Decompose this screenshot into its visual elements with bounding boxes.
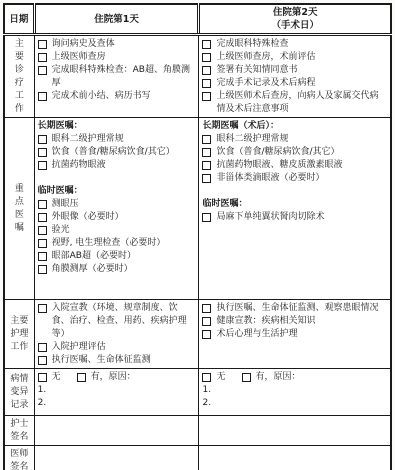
- line-text: 入院护理评估: [52, 341, 106, 354]
- line-text: 长期医嘱（术后）：: [202, 120, 279, 133]
- checkbox-icon[interactable]: [202, 161, 211, 170]
- line-text: 有，原因：: [91, 371, 136, 384]
- nursing-day2-cell: 执行医嘱、生命体征监测、观察患眼情况健康宣教：疾病相关知识术后心理与生活护理: [199, 300, 391, 369]
- checklist-item: 局麻下单纯翼状胬肉切除术: [202, 211, 387, 224]
- checkbox-icon[interactable]: [202, 304, 211, 313]
- line-text: 无: [216, 371, 225, 384]
- checklist-item: 执行医嘱、生命体征监测、观察患眼情况: [202, 302, 387, 315]
- checklist-item: 饮食（普食/糖尿病饮食/其它）: [202, 146, 387, 159]
- checklist-item: 外眼像（必要时）: [38, 211, 196, 224]
- table-header-row: 日期 住院第1天 住院第2天 （手术日）: [4, 4, 391, 35]
- checklist-item: 完成眼科特殊检查：AB超、角膜测厚: [38, 64, 196, 90]
- line-text: 完成术前小结、病历书写: [52, 90, 151, 103]
- line-text: 2.: [38, 397, 47, 410]
- checkbox-icon[interactable]: [202, 330, 211, 339]
- line-text: 健康宣教：疾病相关知识: [216, 315, 315, 328]
- checklist-item: 询问病史及查体: [38, 38, 196, 51]
- checkbox-icon[interactable]: [38, 373, 47, 382]
- checkbox-icon[interactable]: [202, 79, 211, 88]
- label-line: 主要: [5, 315, 34, 328]
- checkbox-icon[interactable]: [38, 53, 47, 62]
- variation-row-label: 病情变异记录: [5, 373, 34, 412]
- checkbox-icon[interactable]: [242, 373, 251, 382]
- checklist-item: 视野, 电生理检查（必要时）: [38, 237, 196, 250]
- line-text: 执行医嘱、生命体征监测: [52, 354, 151, 367]
- nurse-signature-day2-cell[interactable]: [199, 416, 391, 446]
- line-text: 1.: [202, 384, 211, 397]
- checklist-item: 验光: [38, 224, 196, 237]
- line-text: 眼部AB超（必要时）: [52, 250, 136, 263]
- line-text: 视野, 电生理检查（必要时）: [52, 237, 166, 250]
- checkbox-icon[interactable]: [202, 66, 211, 75]
- line-text: 验光: [52, 224, 70, 237]
- line-text: 完成眼科特殊检查: [216, 38, 288, 51]
- line-text: 术后心理与生活护理: [216, 328, 297, 341]
- date-header-label: 日期: [9, 14, 28, 25]
- checklist-item: 签署有关知情同意书: [202, 64, 387, 77]
- line-text: 眼科二级护理常规: [216, 133, 288, 146]
- label-line: 护理: [5, 328, 34, 341]
- checkbox-icon[interactable]: [202, 40, 211, 49]
- checklist-item: 完成手术记录及术后病程: [202, 77, 387, 90]
- line-text: 临时医嘱：: [38, 185, 83, 198]
- nurse-signature-row: 护士签名: [4, 416, 391, 446]
- diagnosis-row-label: 主要诊疗工作: [5, 38, 34, 116]
- checkbox-icon[interactable]: [38, 356, 47, 365]
- line-text: 无: [52, 371, 61, 384]
- line-text: 有，原因：: [256, 371, 301, 384]
- checklist-choice-line: 无有，原因：: [202, 371, 387, 384]
- line-text: 饮食（普食/糖尿病饮食/其它）: [52, 146, 175, 159]
- line-text: 眼科二级护理常规: [52, 133, 124, 146]
- line-text: 上级医师查房，术前评估: [216, 51, 315, 64]
- orders-section-header: 临时医嘱：: [202, 198, 387, 211]
- checklist-item: 上级医师查房: [38, 51, 196, 64]
- line-text: 抗菌药物眼液: [52, 159, 106, 172]
- text-line: 1.: [202, 384, 387, 397]
- label-line: 嘱: [5, 222, 34, 235]
- line-text: 询问病史及查体: [52, 38, 115, 51]
- nurse-signature-label-cell: 护士签名: [4, 416, 34, 446]
- checkbox-icon[interactable]: [38, 92, 47, 101]
- checkbox-icon[interactable]: [38, 66, 47, 75]
- nurse-signature-day1-cell[interactable]: [34, 416, 199, 446]
- clinical-pathway-sheet: 日期 住院第1天 住院第2天 （手术日） 主要诊疗工作 询问病史及查体上级医师查…: [0, 0, 395, 470]
- label-line: 点: [5, 196, 34, 209]
- line-text: 签署有关知情同意书: [216, 64, 297, 77]
- line-text: 执行医嘱、生命体征监测、观察患眼情况: [216, 302, 378, 315]
- line-text: 1.: [38, 384, 47, 397]
- checkbox-icon[interactable]: [38, 161, 47, 170]
- clinical-pathway-table: 日期 住院第1天 住院第2天 （手术日） 主要诊疗工作 询问病史及查体上级医师查…: [3, 3, 392, 470]
- checklist-choice-line: 无有，原因：: [38, 371, 196, 384]
- variation-day2-cell: 无有，原因：1.2.: [199, 369, 391, 416]
- nursing-row: 主要护理工作 入院宣教（环境、规章制度、饮食、治疗、检查、用药、疾病护理等）入院…: [4, 300, 391, 369]
- line-text: 入院宣教（环境、规章制度、饮食、治疗、检查、用药、疾病护理等）: [52, 302, 196, 341]
- variation-row-label-cell: 病情变异记录: [4, 369, 34, 416]
- variation-day1-cell: 无有，原因：1.2.: [34, 369, 199, 416]
- label-line: 要: [5, 51, 34, 64]
- checkbox-icon[interactable]: [202, 317, 211, 326]
- orders-section-header: 临时医嘱：: [38, 185, 196, 198]
- checkbox-icon[interactable]: [202, 213, 211, 222]
- nursing-row-label: 主要护理工作: [5, 315, 34, 354]
- diagnosis-row-label-cell: 主要诊疗工作: [4, 35, 34, 118]
- orders-row-label-cell: 重点医嘱: [4, 118, 34, 300]
- line-text: 2.: [202, 397, 211, 410]
- orders-day2-cell: 长期医嘱（术后）：眼科二级护理常规饮食（普食/糖尿病饮食/其它）抗菌药物眼液、糖…: [199, 118, 391, 300]
- checklist-item: 术后心理与生活护理: [202, 328, 387, 341]
- checklist-item: 健康宣教：疾病相关知识: [202, 315, 387, 328]
- day2-header-label-line2: （手术日）: [202, 19, 388, 32]
- checklist-item: 完成眼科特殊检查: [202, 38, 387, 51]
- checklist-item: 入院宣教（环境、规章制度、饮食、治疗、检查、用药、疾病护理等）: [38, 302, 196, 341]
- label-line: 医师: [5, 448, 34, 461]
- checklist-item: 角膜测厚（必要时）: [38, 263, 196, 276]
- label-line: 工: [5, 90, 34, 103]
- checkbox-icon[interactable]: [38, 200, 47, 209]
- text-line: 2.: [202, 397, 387, 410]
- label-line: 记录: [5, 399, 34, 412]
- checklist-item: 眼部AB超（必要时）: [38, 250, 196, 263]
- checkbox-icon[interactable]: [38, 226, 47, 235]
- checklist-item: 非甾体类滴眼液（必要时）: [202, 172, 387, 185]
- line-text: 饮食（普食/糖尿病饮食/其它）: [216, 146, 339, 159]
- checkbox-icon[interactable]: [38, 304, 47, 313]
- orders-section-header: 长期医嘱：: [38, 120, 196, 133]
- line-text: 测眼压: [52, 198, 79, 211]
- orders-row-label: 重点医嘱: [5, 183, 34, 235]
- label-line: 医: [5, 209, 34, 222]
- line-text: 非甾体类滴眼液（必要时）: [216, 172, 324, 185]
- checklist-item: 饮食（普食/糖尿病饮食/其它）: [38, 146, 196, 159]
- date-header-cell: 日期: [4, 4, 34, 35]
- line-text: 上级医师术后查房，向病人及家属交代病情及术后注意事项: [216, 90, 387, 116]
- variation-row: 病情变异记录 无有，原因：1.2. 无有，原因：1.2.: [4, 369, 391, 416]
- nursing-day1-cell: 入院宣教（环境、规章制度、饮食、治疗、检查、用药、疾病护理等）入院护理评估执行医…: [34, 300, 199, 369]
- checkbox-icon[interactable]: [202, 53, 211, 62]
- checklist-item: 完成术前小结、病历书写: [38, 90, 196, 103]
- nurse-signature-label: 护士签名: [5, 418, 34, 444]
- checkbox-icon[interactable]: [202, 148, 211, 157]
- checkbox-icon[interactable]: [38, 213, 47, 222]
- checklist-item: 眼科二级护理常规: [38, 133, 196, 146]
- label-line: 签名: [5, 431, 34, 444]
- checkbox-icon[interactable]: [38, 265, 47, 274]
- line-text: 角膜测厚（必要时）: [52, 263, 133, 276]
- label-line: 诊: [5, 64, 34, 77]
- label-line: 工作: [5, 341, 34, 354]
- day1-header-label: 住院第1天: [94, 14, 139, 25]
- text-line: 2.: [38, 397, 196, 410]
- doctor-signature-label: 医师签名: [5, 448, 34, 470]
- diagnosis-day2-cell: 完成眼科特殊检查上级医师查房，术前评估签署有关知情同意书完成手术记录及术后病程上…: [199, 35, 391, 118]
- orders-section-header: 长期医嘱（术后）：: [202, 120, 387, 133]
- checkbox-icon[interactable]: [38, 239, 47, 248]
- checkbox-icon[interactable]: [38, 40, 47, 49]
- label-line: 签名: [5, 461, 34, 470]
- checklist-item: 抗菌药物眼液、糖皮质激素眼液: [202, 159, 387, 172]
- label-line: 护士: [5, 418, 34, 431]
- line-text: 完成手术记录及术后病程: [216, 77, 315, 90]
- line-text: 临时医嘱：: [202, 198, 247, 211]
- checklist-item: 眼科二级护理常规: [202, 133, 387, 146]
- label-line: 作: [5, 103, 34, 116]
- doctor-signature-day2-cell[interactable]: [199, 446, 391, 470]
- label-line: 主: [5, 38, 34, 51]
- line-text: 长期医嘱：: [38, 120, 83, 133]
- label-line: 病情: [5, 373, 34, 386]
- checkbox-icon[interactable]: [77, 373, 86, 382]
- orders-row: 重点医嘱 长期医嘱：眼科二级护理常规饮食（普食/糖尿病饮食/其它）抗菌药物眼液临…: [4, 118, 391, 300]
- day2-header-label-line1: 住院第2天: [202, 6, 388, 19]
- line-text: 完成眼科特殊检查：AB超、角膜测厚: [52, 64, 196, 90]
- label-line: 变异: [5, 386, 34, 399]
- label-line: 疗: [5, 77, 34, 90]
- checkbox-icon[interactable]: [202, 174, 211, 183]
- text-line: 1.: [38, 384, 196, 397]
- day1-header-cell: 住院第1天: [34, 4, 199, 35]
- checkbox-icon[interactable]: [38, 135, 47, 144]
- blank-line: [202, 185, 387, 198]
- blank-line: [38, 172, 196, 185]
- diagnosis-row: 主要诊疗工作 询问病史及查体上级医师查房完成眼科特殊检查：AB超、角膜测厚完成术…: [4, 35, 391, 118]
- checkbox-icon[interactable]: [202, 373, 211, 382]
- diagnosis-day1-cell: 询问病史及查体上级医师查房完成眼科特殊检查：AB超、角膜测厚完成术前小结、病历书…: [34, 35, 199, 118]
- line-text: 局麻下单纯翼状胬肉切除术: [216, 211, 324, 224]
- nursing-row-label-cell: 主要护理工作: [4, 300, 34, 369]
- checklist-item: 测眼压: [38, 198, 196, 211]
- checklist-item: 执行医嘱、生命体征监测: [38, 354, 196, 367]
- line-text: 抗菌药物眼液、糖皮质激素眼液: [216, 159, 342, 172]
- checkbox-icon[interactable]: [38, 148, 47, 157]
- checklist-item: 上级医师查房，术前评估: [202, 51, 387, 64]
- checklist-item: 抗菌药物眼液: [38, 159, 196, 172]
- doctor-signature-day1-cell[interactable]: [34, 446, 199, 470]
- doctor-signature-label-cell: 医师签名: [4, 446, 34, 470]
- line-text: 上级医师查房: [52, 51, 106, 64]
- label-line: 重: [5, 183, 34, 196]
- checkbox-icon[interactable]: [202, 135, 211, 144]
- checkbox-icon[interactable]: [38, 252, 47, 261]
- line-text: 外眼像（必要时）: [52, 211, 124, 224]
- day2-header-cell: 住院第2天 （手术日）: [199, 4, 391, 35]
- checklist-item: 入院护理评估: [38, 341, 196, 354]
- checklist-item: 上级医师术后查房，向病人及家属交代病情及术后注意事项: [202, 90, 387, 116]
- checkbox-icon[interactable]: [38, 343, 47, 352]
- doctor-signature-row: 医师签名: [4, 446, 391, 470]
- checkbox-icon[interactable]: [202, 92, 211, 101]
- orders-day1-cell: 长期医嘱：眼科二级护理常规饮食（普食/糖尿病饮食/其它）抗菌药物眼液临时医嘱：测…: [34, 118, 199, 300]
